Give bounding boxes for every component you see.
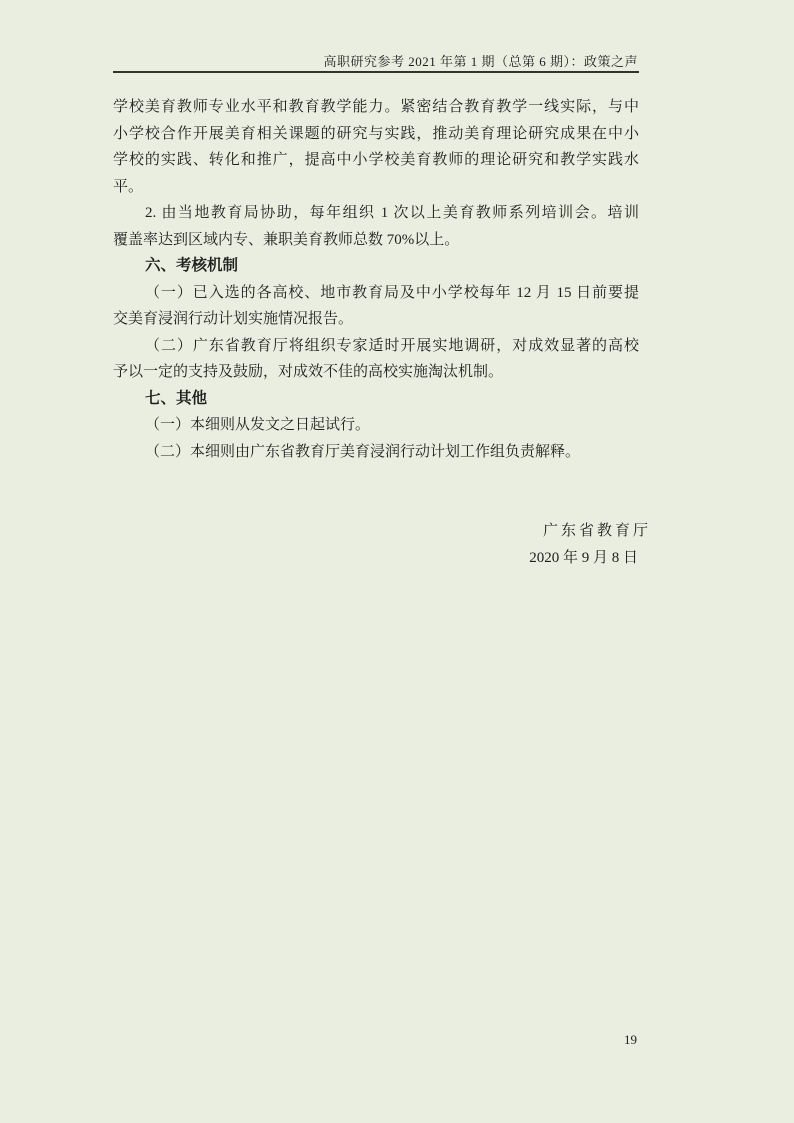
- signature-spacer: [113, 465, 639, 518]
- body-line: 覆盖率达到区域内专、兼职美育教师总数 70%以上。: [113, 227, 639, 254]
- body-line: 学校美育教师专业水平和教育教学能力。紧密结合教育教学一线实际，与中: [113, 94, 639, 121]
- document-body: 学校美育教师专业水平和教育教学能力。紧密结合教育教学一线实际，与中 小学校合作开…: [113, 94, 639, 571]
- body-line: 2. 由当地教育局协助，每年组织 1 次以上美育教师系列培训会。培训: [113, 200, 639, 227]
- header-rule: [113, 71, 639, 73]
- page-number: 19: [624, 1032, 637, 1048]
- body-line: （二）广东省教育厅将组织专家适时开展实地调研，对成效显著的高校: [113, 333, 639, 360]
- section-heading-other: 七、其他: [113, 386, 639, 413]
- signature-org: 广东省教育厅: [113, 518, 651, 545]
- signature-date: 2020 年 9 月 8 日: [113, 545, 638, 572]
- section-heading-assessment: 六、考核机制: [113, 253, 639, 280]
- body-line: 予以一定的支持及鼓励，对成效不佳的高校实施淘汰机制。: [113, 359, 639, 386]
- document-page: 高职研究参考 2021 年第 1 期（总第 6 期）：政策之声 学校美育教师专业…: [0, 0, 794, 1123]
- journal-header: 高职研究参考 2021 年第 1 期（总第 6 期）：政策之声: [323, 51, 638, 70]
- body-line: （一）本细则从发文之日起试行。: [113, 412, 639, 439]
- body-line: （一）已入选的各高校、地市教育局及中小学校每年 12 月 15 日前要提: [113, 280, 639, 307]
- body-line: 小学校合作开展美育相关课题的研究与实践，推动美育理论研究成果在中小: [113, 121, 639, 148]
- body-line: 学校的实践、转化和推广，提高中小学校美育教师的理论研究和教学实践水: [113, 147, 639, 174]
- body-line: （二）本细则由广东省教育厅美育浸润行动计划工作组负责解释。: [113, 439, 639, 466]
- body-line: 交美育浸润行动计划实施情况报告。: [113, 306, 639, 333]
- body-line: 平。: [113, 174, 639, 201]
